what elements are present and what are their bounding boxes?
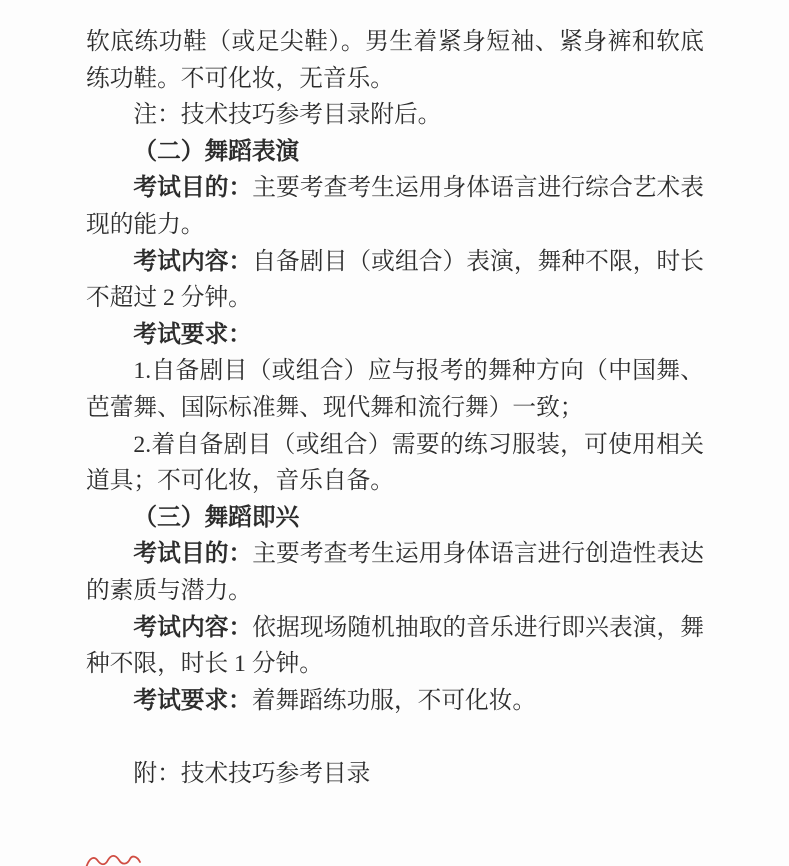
blank-line (86, 719, 704, 756)
exam-requirements-heading-performance: 考试要求： (86, 317, 704, 354)
exam-content-paragraph-performance: 考试内容：自备剧目（或组合）表演，舞种不限，时长不超过 2 分钟。 (86, 244, 704, 317)
note-line: 注：技术技巧参考目录附后。 (86, 97, 704, 134)
exam-requirements-paragraph-improvisation: 考试要求：着舞蹈练功服，不可化妆。 (86, 683, 704, 720)
requirement-item-1: 1.自备剧目（或组合）应与报考的舞种方向（中国舞、芭蕾舞、国际标准舞、现代舞和流… (86, 353, 704, 426)
section-heading-dance-improvisation: （三）舞蹈即兴 (86, 500, 704, 537)
exam-content-paragraph-improvisation: 考试内容：依据现场随机抽取的音乐进行即兴表演，舞种不限，时长 1 分钟。 (86, 610, 704, 683)
requirement-item-2: 2.着自备剧目（或组合）需要的练习服装，可使用相关道具；不可化妆，音乐自备。 (86, 427, 704, 500)
exam-purpose-paragraph-performance: 考试目的：主要考查考生运用身体语言进行综合艺术表现的能力。 (86, 170, 704, 243)
handwritten-red-mark (84, 852, 142, 866)
appendix-reference-line: 附：技术技巧参考目录 (86, 756, 704, 793)
exam-purpose-paragraph-improvisation: 考试目的：主要考查考生运用身体语言进行创造性表达的素质与潜力。 (86, 536, 704, 609)
document-text-block: 软底练功鞋（或足尖鞋）。男生着紧身短袖、紧身裤和软底练功鞋。不可化妆，无音乐。 … (86, 24, 704, 792)
paragraph-continuation-attire: 软底练功鞋（或足尖鞋）。男生着紧身短袖、紧身裤和软底练功鞋。不可化妆，无音乐。 (86, 24, 704, 97)
document-page: 软底练功鞋（或足尖鞋）。男生着紧身短袖、紧身裤和软底练功鞋。不可化妆，无音乐。 … (0, 0, 789, 866)
section-heading-dance-performance: （二）舞蹈表演 (86, 134, 704, 171)
